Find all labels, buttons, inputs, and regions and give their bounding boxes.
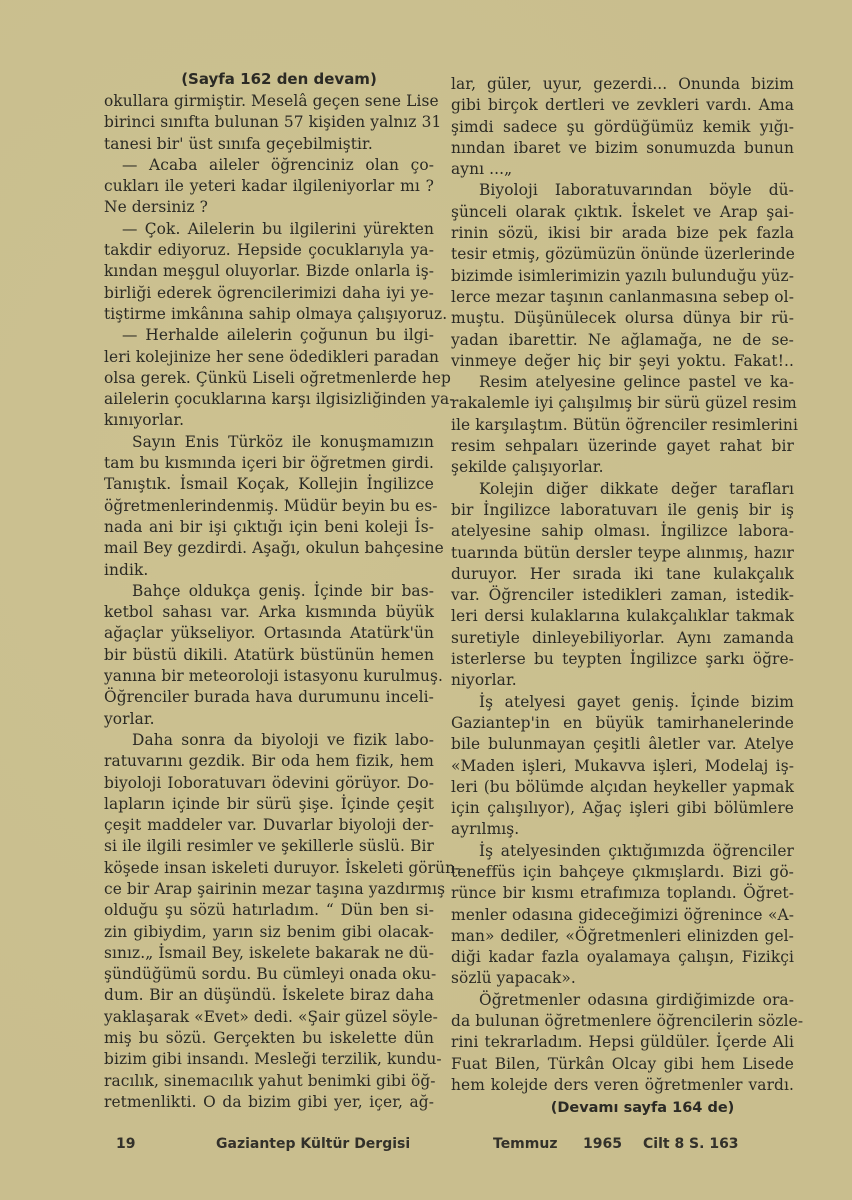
text-line: kından meşgul oluyorlar. Bizde onlarla i… [104, 261, 434, 282]
text-line: tiştirme imkânına sahip olmaya çalışıyor… [104, 304, 434, 325]
text-line: — Herhalde ailelerin çoğunun bu ilgi- [104, 325, 434, 346]
text-line: miş bu sözü. Gerçekten bu iskelette dün [104, 1028, 434, 1049]
text-line: biyoloji Ioboratuvarı ödevini görüyor. D… [104, 773, 434, 794]
text-line: Bahçe oldukça geniş. İçinde bir bas- [104, 581, 434, 602]
text-line: leri (bu bölümde alçıdan heykeller yapma… [451, 777, 794, 798]
text-line: teneffüs için bahçeye çıkmışlardı. Bizi … [451, 862, 794, 883]
text-line: bizimde isimlerimizin yazılı bulunduğu y… [451, 266, 794, 287]
text-line: duruyor. Her sırada iki tane kulakçalık [451, 564, 794, 585]
text-line: kınıyorlar. [104, 410, 434, 431]
text-line: yorlar. [104, 709, 434, 730]
text-line: birliği ederek ögrencilerimizi daha iyi … [104, 283, 434, 304]
text-line: tesir etmiş, gözümüzün önünde üzerlerind… [451, 244, 794, 265]
text-line: sözlü yapacak». [451, 968, 794, 989]
text-line: köşede insan iskeleti duruyor. İskeleti … [104, 858, 434, 879]
issue-year: 1965 [583, 1136, 622, 1152]
text-line: öğretmenlerindenmiş. Müdür beyin bu es- [104, 496, 434, 517]
text-line: Gaziantep'in en büyük tamirhanelerinde [451, 713, 794, 734]
text-line: İş atelyesi gayet geniş. İçinde bizim [451, 692, 794, 713]
text-line: — Çok. Ailelerin bu ilgilerini yürekten [104, 219, 434, 240]
text-line: diği kadar fazla oyalamaya çalışın, Fizi… [451, 947, 794, 968]
text-line: şekilde çalışıyorlar. [451, 457, 794, 478]
text-line: okullara girmiştir. Meselâ geçen sene Li… [104, 91, 434, 112]
issue-month: Temmuz [493, 1136, 557, 1152]
text-line: yanına bir meteoroloji istasyonu kurulmu… [104, 666, 434, 687]
text-line: çeşit maddeler var. Duvarlar biyoloji de… [104, 815, 434, 836]
text-line: bir büstü dikili. Atatürk büstünün hemen [104, 645, 434, 666]
text-line: şündüğümü sordu. Bu cümleyi onada oku- [104, 964, 434, 985]
text-line: mail Bey gezdirdi. Aşağı, okulun bahçesi… [104, 538, 434, 559]
text-line: ailelerin çocuklarına karşı ilgisizliğin… [104, 389, 434, 410]
text-line: da bulunan öğretmenlere öğrencilerin söz… [451, 1011, 794, 1032]
text-line: olduğu şu sözü hatırladım. “ Dün ben si- [104, 900, 434, 921]
text-line: racılık, sinemacılık yahut benimki gibi … [104, 1071, 434, 1092]
text-line: Öğretmenler odasına girdiğimizde ora- [451, 990, 794, 1011]
text-line: indik. [104, 560, 434, 581]
right-column-text: lar, güler, uyur, gezerdi... Onunda bizi… [451, 74, 794, 1096]
text-line: zin gibiydim, yarın siz benim gibi olaca… [104, 922, 434, 943]
text-line: rünce bir kısmı etrafımıza toplandı. Öğr… [451, 883, 794, 904]
text-line: resim sehpaları üzerinde gayet rahat bir [451, 436, 794, 457]
magazine-page: (Sayfa 162 den devam) okullara girmiştir… [0, 0, 852, 1200]
text-line: dum. Bir an düşündü. İskelete biraz daha [104, 985, 434, 1006]
text-line: sınız.„ İsmail Bey, iskelete bakarak ne … [104, 943, 434, 964]
text-line: rakalemle iyi çalışılmış bir sürü güzel … [451, 393, 794, 414]
text-line: tanesi bir' üst sınıfa geçebilmiştir. [104, 134, 434, 155]
text-line: nından ibaret ve bizim sonumuzda bunun [451, 138, 794, 159]
text-line: leri dersi kulaklarına kulakçalıklar tak… [451, 606, 794, 627]
text-line: vinmeye değer hiç bir şeyi yoktu. Fakat!… [451, 351, 794, 372]
text-line: nada ani bir işi çıktığı için beni kolej… [104, 517, 434, 538]
text-line: aynı ...„ [451, 159, 794, 180]
journal-title: Gaziantep Kültür Dergisi [216, 1136, 410, 1152]
text-line: suretiyle dinleyebiliyorlar. Aynı zamand… [451, 628, 794, 649]
continued-on-note: (Devamı sayfa 164 de) [451, 1096, 794, 1120]
text-line: tuarında bütün dersler teype alınmış, ha… [451, 543, 794, 564]
text-line: şimdi sadece şu gördüğümüz kemik yığı- [451, 117, 794, 138]
text-line: yaklaşarak «Evet» dedi. «Şair güzel söyl… [104, 1007, 434, 1028]
text-line: ağaçlar yükseliyor. Ortasında Atatürk'ün [104, 623, 434, 644]
text-line: var. Öğrenciler istedikleri zaman, isted… [451, 585, 794, 606]
text-line: bizim gibi insandı. Mesleği terzilik, ku… [104, 1049, 434, 1070]
text-line: olsa gerek. Çünkü Liseli oğretmenlerde h… [104, 368, 434, 389]
continued-from-note: (Sayfa 162 den devam) [104, 67, 434, 91]
text-line: «Maden işleri, Mukavva işleri, Modelaj i… [451, 756, 794, 777]
text-line: ile karşılaştım. Bütün öğrenciler resiml… [451, 415, 794, 436]
text-line: Ne dersiniz ? [104, 197, 434, 218]
text-line: Tanıştık. İsmail Koçak, Kollejin İngiliz… [104, 474, 434, 495]
text-line: tam bu kısmında içeri bir öğretmen girdi… [104, 453, 434, 474]
left-column: (Sayfa 162 den devam) okullara girmiştir… [104, 67, 434, 1113]
text-line: lar, güler, uyur, gezerdi... Onunda bizi… [451, 74, 794, 95]
text-line: lerce mezar taşının canlanmasına sebep o… [451, 287, 794, 308]
text-line: atelyesine sahip olması. İngilizce labor… [451, 521, 794, 542]
text-line: hem kolejde ders veren öğretmenler vardı… [451, 1075, 794, 1096]
text-line: muştu. Düşünülecek olursa dünya bir rü- [451, 308, 794, 329]
text-line: ketbol sahası var. Arka kısmında büyük [104, 602, 434, 623]
text-line: ratuvarını gezdik. Bir oda hem fizik, he… [104, 751, 434, 772]
text-line: Resim atelyesine gelince pastel ve ka- [451, 372, 794, 393]
text-line: niyorlar. [451, 670, 794, 691]
text-line: rini tekrarladım. Hepsi güldüler. İçerde… [451, 1032, 794, 1053]
left-column-text: okullara girmiştir. Meselâ geçen sene Li… [104, 91, 434, 1113]
text-line: ayrılmış. [451, 819, 794, 840]
text-line: Kolejin diğer dikkate değer tarafları [451, 479, 794, 500]
text-line: Biyoloji Iaboratuvarından böyle dü- [451, 180, 794, 201]
text-line: menler odasına gideceğimizi öğrenince «A… [451, 905, 794, 926]
text-line: retmenlikti. O da bizim gibi yer, içer, … [104, 1092, 434, 1113]
text-line: birinci sınıfta bulunan 57 kişiden yalnı… [104, 112, 434, 133]
text-line: rinin sözü, ikisi bir arada bize pek faz… [451, 223, 794, 244]
text-line: bir İngilizce laboratuvarı ile geniş bir… [451, 500, 794, 521]
text-line: isterlerse bu teypten İngilizce şarkı öğ… [451, 649, 794, 670]
text-line: si ile ilgili resimler ve şekillerle süs… [104, 836, 434, 857]
text-line: lapların içinde bir sürü şişe. İçinde çe… [104, 794, 434, 815]
text-line: Sayın Enis Türköz ile konuşmamızın [104, 432, 434, 453]
text-line: leri kolejinize her sene ödedikleri para… [104, 347, 434, 368]
text-line: takdir ediyoruz. Hepside çocuklarıyla ya… [104, 240, 434, 261]
text-line: ce bir Arap şairinin mezar taşına yazdır… [104, 879, 434, 900]
text-line: için çalışılıyor), Ağaç işleri gibi bölü… [451, 798, 794, 819]
text-line: — Acaba aileler öğrenciniz olan ço- [104, 155, 434, 176]
text-line: yadan ibarettir. Ne ağlamağa, ne de se- [451, 330, 794, 351]
text-line: gibi birçok dertleri ve zevkleri vardı. … [451, 95, 794, 116]
text-line: İş atelyesinden çıktığımızda öğrenciler [451, 841, 794, 862]
text-line: şünceli olarak çıktık. İskelet ve Arap ş… [451, 202, 794, 223]
text-line: Öğrenciler burada hava durumunu inceli- [104, 687, 434, 708]
volume-issue: Cilt 8 S. 163 [643, 1136, 739, 1152]
text-line: cukları ile yeteri kadar ilgileniyorlar … [104, 176, 434, 197]
text-line: Fuat Bilen, Türkân Olcay gibi hem Lisede [451, 1054, 794, 1075]
page-footer: 19 Gaziantep Kültür Dergisi Temmuz 1965 … [0, 1136, 852, 1160]
text-line: Daha sonra da biyoloji ve fizik labo- [104, 730, 434, 751]
text-line: bile bulunmayan çeşitli âletler var. Ate… [451, 734, 794, 755]
right-column: lar, güler, uyur, gezerdi... Onunda bizi… [451, 74, 794, 1120]
text-line: man» dediler, «Öğretmenleri elinizden ge… [451, 926, 794, 947]
page-number: 19 [116, 1136, 135, 1152]
